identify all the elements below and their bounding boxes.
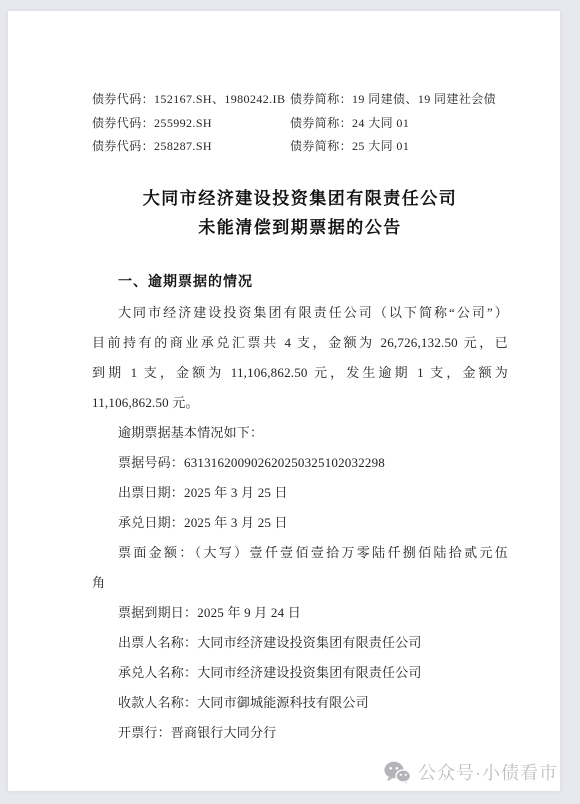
bond-code-cell: 债券代码：152167.SH、1980242.IB (92, 88, 290, 112)
bond-name-label: 债券简称： (290, 116, 352, 130)
bond-code-value: 258287.SH (154, 139, 212, 153)
paragraph-line: 到期 1 支，金额为 11,106,862.50 元，发生逾期 1 支，金额为 (92, 358, 508, 388)
paragraph-line: 大同市经济建设投资集团有限责任公司（以下简称“公司”） (92, 298, 508, 328)
section-heading: 一、逾期票据的情况 (92, 268, 508, 298)
bond-name-value: 24 大同 01 (352, 116, 409, 130)
bill-number: 票据号码：631316200902620250325102032298 (92, 448, 508, 478)
screenshot-canvas: 债券代码：152167.SH、1980242.IB 债券简称：19 同建债、19… (0, 0, 580, 804)
bond-row: 债券代码：152167.SH、1980242.IB 债券简称：19 同建债、19… (92, 88, 508, 112)
watermark-footer: 公众号·小债看市 (384, 759, 558, 785)
face-amount-line2: 角 (92, 568, 508, 598)
bond-code-value: 255992.SH (154, 116, 212, 130)
face-amount-line1: 票面金额：（大写）壹仟壹佰壹拾万零陆仟捌佰陆拾贰元伍 (92, 538, 508, 568)
wechat-icon (384, 761, 411, 784)
acceptance-date: 承兑日期：2025 年 3 月 25 日 (92, 508, 508, 538)
issuing-bank: 开票行：晋商银行大同分行 (92, 718, 508, 748)
bond-row: 债券代码：258287.SH 债券简称：25 大同 01 (92, 135, 508, 159)
details-intro: 逾期票据基本情况如下： (92, 418, 508, 448)
drawer-name: 出票人名称：大同市经济建设投资集团有限责任公司 (92, 628, 508, 658)
issue-date: 出票日期：2025 年 3 月 25 日 (92, 478, 508, 508)
bond-name-label: 债券简称： (290, 92, 352, 106)
bond-code-label: 债券代码： (92, 139, 154, 153)
bond-name-label: 债券简称： (290, 139, 352, 153)
document-title-line2: 未能清偿到期票据的公告 (92, 213, 508, 242)
bond-name-value: 25 大同 01 (352, 139, 409, 153)
bond-code-label: 债券代码： (92, 92, 154, 106)
bond-code-value: 152167.SH、1980242.IB (154, 92, 285, 106)
bond-name-cell: 债券简称：19 同建债、19 同建社会债 (290, 88, 508, 112)
bond-code-cell: 债券代码：258287.SH (92, 135, 290, 159)
document-page: 债券代码：152167.SH、1980242.IB 债券简称：19 同建债、19… (8, 11, 560, 791)
document-title: 大同市经济建设投资集团有限责任公司 未能清偿到期票据的公告 (92, 184, 508, 242)
bond-code-label: 债券代码： (92, 116, 154, 130)
bond-code-cell: 债券代码：255992.SH (92, 112, 290, 136)
bond-name-value: 19 同建债、19 同建社会债 (352, 92, 496, 106)
bond-row: 债券代码：255992.SH 债券简称：24 大同 01 (92, 112, 508, 136)
paragraph-line: 目前持有的商业承兑汇票共 4 支，金额为 26,726,132.50 元，已 (92, 328, 508, 358)
payee-name: 收款人名称：大同市御城能源科技有限公司 (92, 688, 508, 718)
acceptor-name: 承兑人名称：大同市经济建设投资集团有限责任公司 (92, 658, 508, 688)
bond-name-cell: 债券简称：25 大同 01 (290, 135, 508, 159)
watermark-text: 公众号·小债看市 (418, 759, 558, 785)
document-title-line1: 大同市经济建设投资集团有限责任公司 (92, 184, 508, 213)
document-body: 大同市经济建设投资集团有限责任公司（以下简称“公司”） 目前持有的商业承兑汇票共… (92, 298, 508, 748)
due-date: 票据到期日：2025 年 9 月 24 日 (92, 598, 508, 628)
bond-name-cell: 债券简称：24 大同 01 (290, 112, 508, 136)
bond-codes-header: 债券代码：152167.SH、1980242.IB 债券简称：19 同建债、19… (92, 88, 508, 159)
paragraph-line: 11,106,862.50 元。 (92, 388, 508, 418)
